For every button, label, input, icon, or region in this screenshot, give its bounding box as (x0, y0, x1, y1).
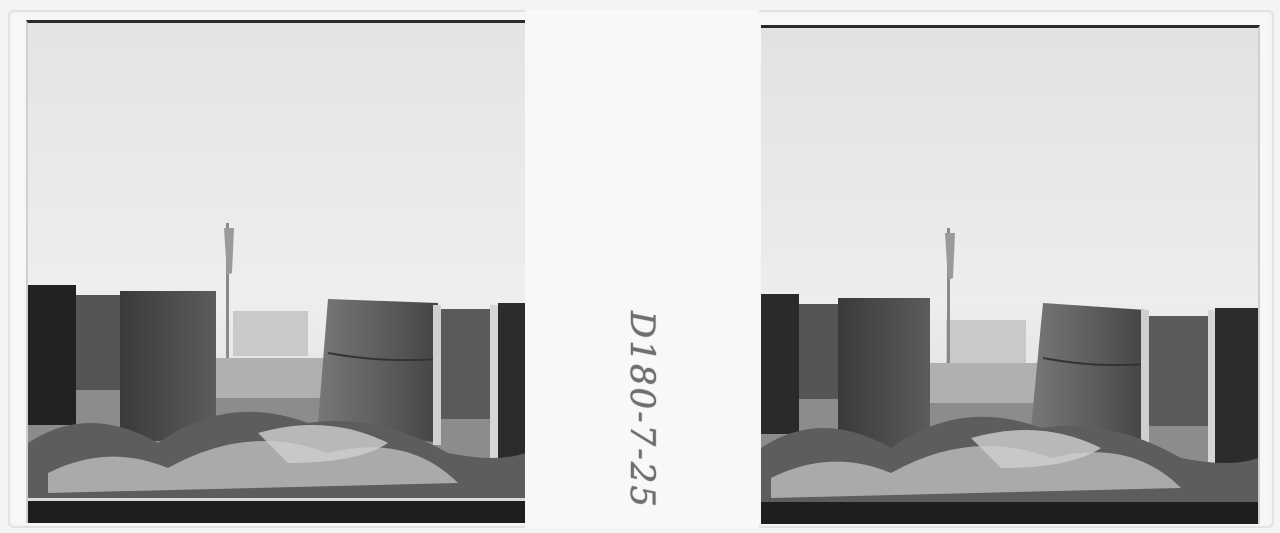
ruins-scene-right (761, 28, 1258, 524)
label-strip: D180-7-25 (525, 10, 759, 528)
stereo-plate: D180-7-25 (8, 10, 1274, 528)
plate-inscription: D180-7-25 (622, 311, 662, 509)
right-stereo-view (761, 25, 1260, 524)
left-stereo-view (26, 20, 525, 523)
ruins-scene-left (28, 23, 525, 523)
